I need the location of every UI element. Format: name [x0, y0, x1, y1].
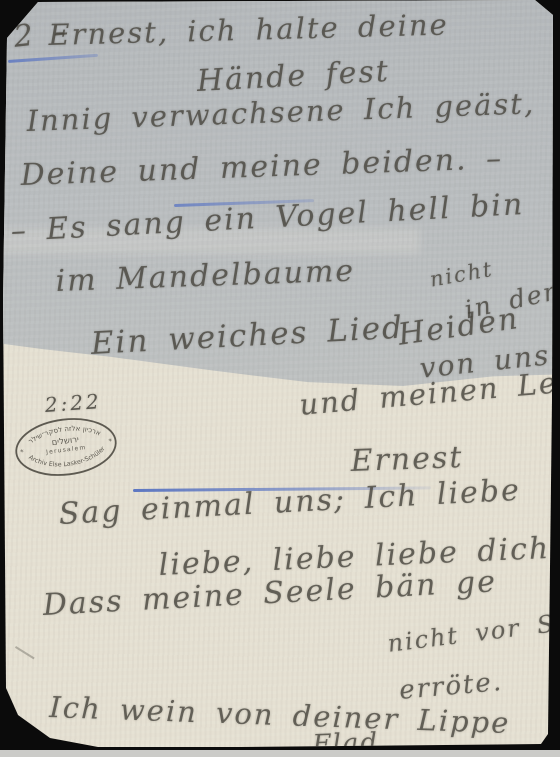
signature: Ernest: [350, 440, 464, 479]
archive-number-note: 2:22: [44, 389, 102, 417]
handwritten-line-9: Sag einmal uns; Ich liebe: [58, 473, 522, 532]
letter-paper: 2 – Ernest, ich halte deine Hände fest I…: [0, 0, 560, 757]
archive-stamp: ארכיון אלזה לסקר־שילר ירושלים Jerusalem …: [10, 412, 122, 482]
pencil-stroke-mark: [15, 646, 35, 659]
handwritten-line-13: erröte.: [398, 667, 504, 706]
scanned-letter-page: 2 – Ernest, ich halte deine Hände fest I…: [0, 0, 560, 757]
scanner-bed-strip: [0, 750, 560, 757]
stamp-right-mark: *: [108, 437, 113, 445]
handwritten-line-12: nicht vor Scham: [386, 600, 560, 657]
stamp-left-mark: *: [20, 448, 25, 456]
